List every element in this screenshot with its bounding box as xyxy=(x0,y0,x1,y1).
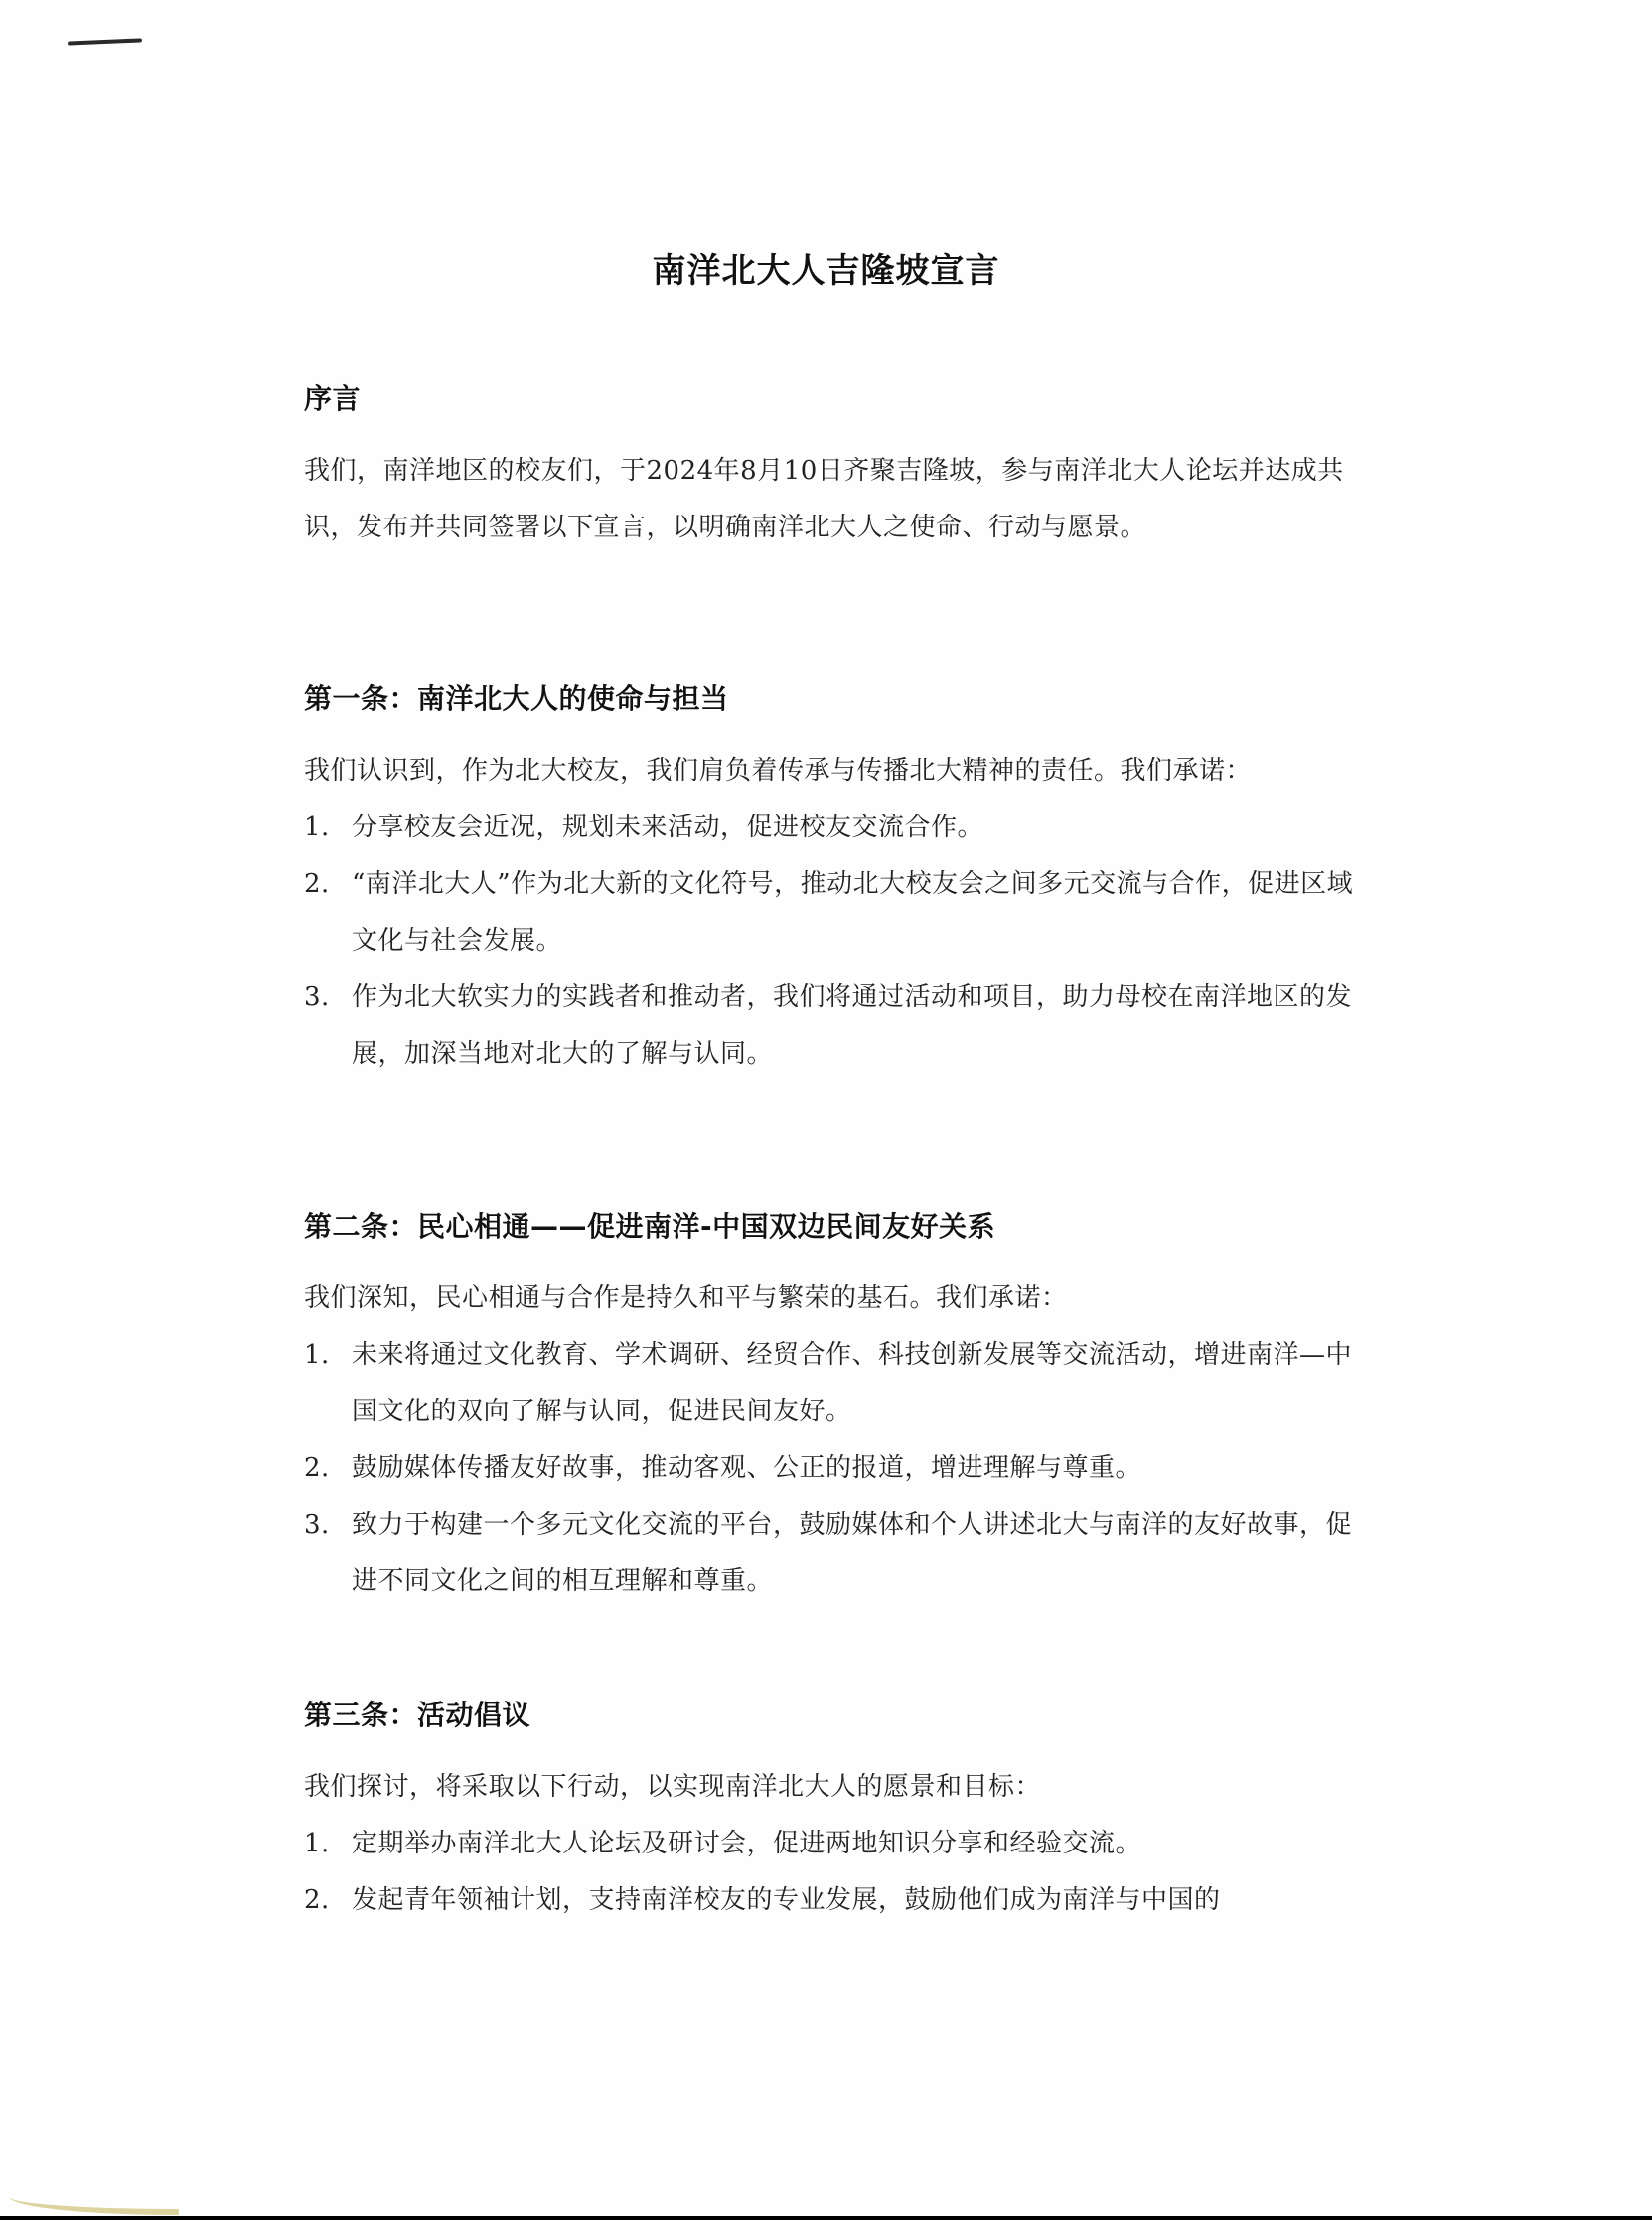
page-curl-shadow xyxy=(10,2191,179,2215)
section-intro: 我们深知，民心相通与合作是持久和平与繁荣的基石。我们承诺： xyxy=(304,1270,1367,1327)
page-bottom-edge xyxy=(0,2216,1652,2220)
document-title: 南洋北大人吉隆坡宣言 xyxy=(0,243,1652,292)
section-preface: 序言 我们，南洋地区的校友们，于2024年8月10日齐聚吉隆坡，参与南洋北大人论… xyxy=(304,377,1367,556)
list-number: 1. xyxy=(304,1327,352,1440)
list-item: 3. 致力于构建一个多元文化交流的平台，鼓励媒体和个人讲述北大与南洋的友好故事，… xyxy=(304,1497,1367,1610)
list-text: 分享校友会近况，规划未来活动，促进校友交流合作。 xyxy=(352,800,1367,856)
section-article-3: 第三条：活动倡议 我们探讨，将采取以下行动，以实现南洋北大人的愿景和目标： 1.… xyxy=(304,1694,1367,1929)
list-text: 定期举办南洋北大人论坛及研讨会，促进两地知识分享和经验交流。 xyxy=(352,1816,1367,1872)
document-page: 南洋北大人吉隆坡宣言 序言 我们，南洋地区的校友们，于2024年8月10日齐聚吉… xyxy=(0,0,1652,2220)
list-text: 发起青年领袖计划，支持南洋校友的专业发展，鼓励他们成为南洋与中国的 xyxy=(352,1872,1367,1929)
section-intro: 我们，南洋地区的校友们，于2024年8月10日齐聚吉隆坡，参与南洋北大人论坛并达… xyxy=(304,443,1367,556)
list-number: 2. xyxy=(304,1872,352,1929)
pen-mark xyxy=(68,38,142,45)
list-text: “南洋北大人”作为北大新的文化符号，推动北大校友会之间多元交流与合作，促进区域文… xyxy=(352,856,1367,969)
section-heading: 第三条：活动倡议 xyxy=(304,1694,1367,1733)
list-item: 2. “南洋北大人”作为北大新的文化符号，推动北大校友会之间多元交流与合作，促进… xyxy=(304,856,1367,969)
list-number: 2. xyxy=(304,1440,352,1497)
list-text: 鼓励媒体传播友好故事，推动客观、公正的报道，增进理解与尊重。 xyxy=(352,1440,1367,1497)
list-item: 3. 作为北大软实力的实践者和推动者，我们将通过活动和项目，助力母校在南洋地区的… xyxy=(304,969,1367,1083)
section-intro: 我们认识到，作为北大校友，我们肩负着传承与传播北大精神的责任。我们承诺： xyxy=(304,743,1367,800)
list-item: 1. 分享校友会近况，规划未来活动，促进校友交流合作。 xyxy=(304,800,1367,856)
commitment-list: 1. 未来将通过文化教育、学术调研、经贸合作、科技创新发展等交流活动，增进南洋—… xyxy=(304,1327,1367,1610)
list-text: 致力于构建一个多元文化交流的平台，鼓励媒体和个人讲述北大与南洋的友好故事，促进不… xyxy=(352,1497,1367,1610)
list-item: 2. 发起青年领袖计划，支持南洋校友的专业发展，鼓励他们成为南洋与中国的 xyxy=(304,1872,1367,1929)
section-heading: 第一条：南洋北大人的使命与担当 xyxy=(304,677,1367,717)
section-intro: 我们探讨，将采取以下行动，以实现南洋北大人的愿景和目标： xyxy=(304,1759,1367,1816)
list-item: 1. 未来将通过文化教育、学术调研、经贸合作、科技创新发展等交流活动，增进南洋—… xyxy=(304,1327,1367,1440)
section-article-2: 第二条：民心相通——促进南洋-中国双边民间友好关系 我们深知，民心相通与合作是持… xyxy=(304,1205,1367,1610)
list-text: 未来将通过文化教育、学术调研、经贸合作、科技创新发展等交流活动，增进南洋—中国文… xyxy=(352,1327,1367,1440)
list-number: 3. xyxy=(304,1497,352,1610)
section-article-1: 第一条：南洋北大人的使命与担当 我们认识到，作为北大校友，我们肩负着传承与传播北… xyxy=(304,677,1367,1083)
list-number: 3. xyxy=(304,969,352,1083)
action-list: 1. 定期举办南洋北大人论坛及研讨会，促进两地知识分享和经验交流。 2. 发起青… xyxy=(304,1816,1367,1929)
section-heading: 序言 xyxy=(304,377,1367,417)
commitment-list: 1. 分享校友会近况，规划未来活动，促进校友交流合作。 2. “南洋北大人”作为… xyxy=(304,800,1367,1083)
list-item: 1. 定期举办南洋北大人论坛及研讨会，促进两地知识分享和经验交流。 xyxy=(304,1816,1367,1872)
list-item: 2. 鼓励媒体传播友好故事，推动客观、公正的报道，增进理解与尊重。 xyxy=(304,1440,1367,1497)
section-heading: 第二条：民心相通——促进南洋-中国双边民间友好关系 xyxy=(304,1205,1367,1245)
list-number: 2. xyxy=(304,856,352,969)
list-text: 作为北大软实力的实践者和推动者，我们将通过活动和项目，助力母校在南洋地区的发展，… xyxy=(352,969,1367,1083)
list-number: 1. xyxy=(304,1816,352,1872)
list-number: 1. xyxy=(304,800,352,856)
